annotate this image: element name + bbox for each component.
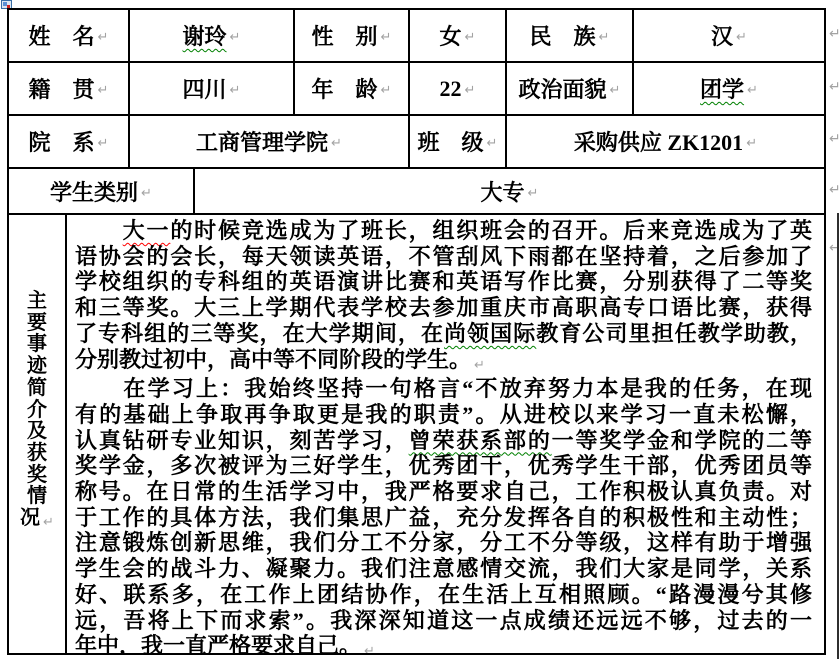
political-status-value-cell[interactable]: 团学↵ bbox=[634, 63, 824, 114]
origin-value: 四川 bbox=[183, 73, 227, 104]
squiggle-flagged-text: 尚领国际 bbox=[444, 321, 536, 346]
paragraph-mark: ↵ bbox=[474, 358, 485, 373]
end-of-cell-mark: ↵ bbox=[736, 30, 747, 45]
body-text-line: 于工作的具体方法，我们集思广益，充分发挥各自的积极性和主动性； bbox=[75, 505, 812, 531]
body-text-line: 称号。在日常的生活学习中，我严格要求自己，工作积极认真负责。对 bbox=[75, 479, 812, 505]
body-text-line: 年中，我一直严格要求自己。↵ bbox=[75, 633, 812, 653]
body-text-line: 分别教过初中，高中等不同阶段的学生。↵ bbox=[75, 347, 812, 377]
political-status-label: 政治面貌 bbox=[519, 73, 607, 104]
gender-value-cell[interactable]: 女↵ bbox=[410, 10, 507, 61]
origin-label-cell: 籍 贯↵ bbox=[9, 63, 130, 114]
squiggle-flagged-text: 曾荣获系部的 bbox=[409, 428, 552, 453]
body-text-segment: 年中，我一直严格要求自己。 bbox=[75, 633, 361, 653]
body-text-line: 和三等奖。大三上学期代表学校去参加重庆市高职高专口语比赛，获得 bbox=[75, 295, 812, 321]
achievements-header-char: 介 bbox=[27, 400, 47, 422]
achievements-header-char: 迹 bbox=[27, 356, 47, 378]
body-text-line: 语协会的会长，每天领读英语，不管刮风下雨都在坚持着，之后参加了 bbox=[75, 244, 812, 270]
end-of-cell-mark: ↵ bbox=[610, 83, 621, 98]
student-category-value-cell[interactable]: 大专↵ bbox=[195, 169, 824, 213]
text-boundary-line bbox=[837, 213, 839, 659]
achievements-header-vertical: 主要事迹简介及获奖情况↵ bbox=[9, 215, 67, 653]
ethnicity-label: 民 族 bbox=[530, 20, 596, 51]
body-text-line: 远，吾将上下而求索”。我深深知道这一点成绩还远远不够，过去的一 bbox=[75, 608, 812, 634]
class-label-cell: 班 级↵ bbox=[410, 116, 507, 167]
achievements-header-char: 及 bbox=[27, 421, 47, 443]
body-text-line: 注意锻炼创新思维，我们分工不分家，分工不分等级，这样有助于增强 bbox=[75, 530, 812, 556]
achievements-header-char: 情 bbox=[27, 486, 47, 508]
name-value-cell[interactable]: 谢玲↵ bbox=[130, 10, 295, 61]
political-status-value: 团学 bbox=[700, 73, 744, 104]
end-of-cell-mark: ↵ bbox=[98, 30, 109, 45]
body-text-line: 好、联系多，在工作上团结协作，在生活上互相照顾。“路漫漫兮其修 bbox=[75, 582, 812, 608]
end-of-cell-mark: ↵ bbox=[230, 30, 241, 45]
end-of-row-mark: ↵ bbox=[829, 182, 840, 198]
class-label: 班 级 bbox=[418, 126, 484, 157]
body-text-line: 学校组织的专科组的英语演讲比赛和英语写作比赛，分别获得了二等奖 bbox=[75, 269, 812, 295]
body-text-segment bbox=[75, 218, 123, 243]
body-text-segment: 语协会的会长，每天领读英语，不管刮风下雨都在坚持着，之后参加了 bbox=[75, 244, 812, 269]
end-of-cell-mark: ↵ bbox=[465, 83, 476, 98]
table-row: 姓 名↵ 谢玲↵ 性 别↵ 女↵ 民 族↵ 汉↵ bbox=[9, 10, 824, 63]
body-text-segment: 分别教过初中，高中等不同阶段的学生。 bbox=[75, 347, 471, 372]
table-row: 院 系↵ 工商管理学院↵ 班 级↵ 采购供应 ZK1201↵ bbox=[9, 116, 824, 169]
end-of-cell-mark: ↵ bbox=[465, 30, 476, 45]
end-of-row-mark: ↵ bbox=[829, 131, 840, 147]
gender-label-cell: 性 别↵ bbox=[295, 10, 410, 61]
body-text-segment: 称号。在日常的生活学习中，我严格要求自己，工作积极认真负责。对 bbox=[75, 479, 812, 504]
political-status-label-cell: 政治面貌↵ bbox=[507, 63, 634, 114]
end-of-cell-mark: ↵ bbox=[381, 83, 392, 98]
end-of-cell-mark: ↵ bbox=[43, 515, 54, 530]
end-of-row-mark: ↵ bbox=[829, 26, 840, 42]
achievements-body-text[interactable]: 大一的时候竞选成为了班长，组织班会的召开。后来竞选成为了英语协会的会长，每天领读… bbox=[67, 215, 824, 653]
body-text-line: 认真钻研专业知识，刻苦学习，曾荣获系部的一等奖学金和学院的二等 bbox=[75, 428, 812, 454]
end-of-cell-mark: ↵ bbox=[381, 30, 392, 45]
body-text-line: 奖学金，多次被评为三好学生，优秀团干，优秀学生干部，优秀团员等 bbox=[75, 453, 812, 479]
body-text-segment: 于工作的具体方法，我们集思广益，充分发挥各自的积极性和主动性； bbox=[75, 505, 812, 530]
achievements-header-char: 况↵ bbox=[20, 508, 54, 532]
end-of-cell-mark: ↵ bbox=[98, 83, 109, 98]
achievements-header-char: 获 bbox=[27, 443, 47, 465]
achievements-header-char: 要 bbox=[27, 313, 47, 335]
body-text-line: 学生会的战斗力、凝聚力。我们注意感情交流，我们大家是同学，关系 bbox=[75, 556, 812, 582]
body-text-line: 在学习上：我始终坚持一句格言“不放弃努力本是我的任务，在现 bbox=[75, 376, 812, 402]
origin-value-cell[interactable]: 四川↵ bbox=[130, 63, 295, 114]
end-of-cell-mark: ↵ bbox=[331, 136, 342, 151]
squiggle-flagged-text: 大一 bbox=[123, 218, 171, 243]
body-text-segment: 教育公司里担任教学助教， bbox=[536, 321, 812, 346]
body-text-segment: 注意锻炼创新思维，我们分工不分家，分工不分等级，这样有助于增强 bbox=[75, 530, 812, 555]
gender-label: 性 别 bbox=[312, 20, 378, 51]
body-text-segment: 认真钻研专业知识，刻苦学习， bbox=[75, 428, 409, 453]
student-info-table: 姓 名↵ 谢玲↵ 性 别↵ 女↵ 民 族↵ 汉↵ 籍 贯↵ 四川↵ 年 龄↵ 2… bbox=[7, 8, 826, 655]
paragraph-mark: ↵ bbox=[364, 644, 375, 653]
origin-label: 籍 贯 bbox=[29, 73, 95, 104]
end-of-row-mark: ↵ bbox=[829, 79, 840, 95]
body-text-segment: 的时候竞选成为了班长，组织班会的召开。后来竞选成为了英 bbox=[170, 218, 812, 243]
age-label-cell: 年 龄↵ bbox=[295, 63, 410, 114]
table-row: 籍 贯↵ 四川↵ 年 龄↵ 22↵ 政治面貌↵ 团学↵ bbox=[9, 63, 824, 116]
gender-value: 女 bbox=[440, 20, 462, 51]
end-of-cell-mark: ↵ bbox=[98, 136, 109, 151]
age-value: 22 bbox=[440, 76, 462, 102]
ethnicity-value-cell[interactable]: 汉↵ bbox=[634, 10, 824, 61]
name-value: 谢玲 bbox=[183, 20, 227, 51]
age-value-cell[interactable]: 22↵ bbox=[410, 63, 507, 114]
body-text-segment: 远，吾将上下而求索”。我深深知道这一点成绩还远远不够，过去的一 bbox=[75, 608, 812, 633]
name-label: 姓 名 bbox=[29, 20, 95, 51]
body-text-segment: 和三等奖。大三上学期代表学校去参加重庆市高职高专口语比赛，获得 bbox=[75, 295, 812, 320]
end-of-cell-mark: ↵ bbox=[599, 30, 610, 45]
achievements-header-char: 简 bbox=[27, 378, 47, 400]
end-of-cell-mark: ↵ bbox=[141, 186, 152, 201]
table-row: 主要事迹简介及获奖情况↵ 大一的时候竞选成为了班长，组织班会的召开。后来竞选成为… bbox=[9, 215, 824, 653]
end-of-cell-mark: ↵ bbox=[528, 186, 539, 201]
end-of-cell-mark: ↵ bbox=[230, 83, 241, 98]
end-of-cell-mark: ↵ bbox=[487, 136, 498, 151]
student-category-label-cell: 学生类别↵ bbox=[9, 169, 195, 213]
ethnicity-label-cell: 民 族↵ bbox=[507, 10, 634, 61]
department-label-cell: 院 系↵ bbox=[9, 116, 130, 167]
class-value: 采购供应 ZK1201 bbox=[574, 126, 743, 157]
achievements-header-char: 奖 bbox=[27, 465, 47, 487]
achievements-header-char: 事 bbox=[27, 334, 47, 356]
body-text-segment: 学校组织的专科组的英语演讲比赛和英语写作比赛，分别获得了二等奖 bbox=[75, 269, 812, 294]
body-text-line: 有的基础上争取再争取更是我的职责”。从进校以来学习一直未松懈， bbox=[75, 402, 812, 428]
body-text-segment: 一等奖学金和学院的二等 bbox=[552, 428, 812, 453]
body-text-segment: 有的基础上争取再争取更是我的职责”。从进校以来学习一直未松懈， bbox=[75, 402, 812, 427]
body-text-segment: 奖学金，多次被评为三好学生，优秀团干，优秀学生干部，优秀团员等 bbox=[75, 453, 812, 478]
department-value: 工商管理学院 bbox=[196, 126, 328, 157]
body-text-line: 了专科组的三等奖，在大学期间，在尚领国际教育公司里担任教学助教， bbox=[75, 321, 812, 347]
age-label: 年 龄 bbox=[312, 73, 378, 104]
student-category-label: 学生类别 bbox=[50, 176, 138, 207]
body-text-line: 大一的时候竞选成为了班长，组织班会的召开。后来竞选成为了英 bbox=[75, 218, 812, 244]
student-category-value: 大专 bbox=[481, 176, 525, 207]
class-value-cell[interactable]: 采购供应 ZK1201↵ bbox=[507, 116, 824, 167]
department-value-cell[interactable]: 工商管理学院↵ bbox=[130, 116, 410, 167]
ethnicity-value: 汉 bbox=[711, 20, 733, 51]
department-label: 院 系 bbox=[29, 126, 95, 157]
end-of-cell-mark: ↵ bbox=[746, 136, 757, 151]
body-text-segment: 在学习上：我始终坚持一句格言“不放弃努力本是我的任务，在现 bbox=[75, 376, 812, 401]
body-text-segment: 学生会的战斗力、凝聚力。我们注意感情交流，我们大家是同学，关系 bbox=[75, 556, 812, 581]
end-of-cell-mark: ↵ bbox=[747, 83, 758, 98]
achievements-header-char: 主 bbox=[27, 291, 47, 313]
table-row: 学生类别↵ 大专↵ bbox=[9, 169, 824, 215]
body-text-segment: 好、联系多，在工作上团结协作，在生活上互相照顾。“路漫漫兮其修 bbox=[75, 582, 812, 607]
body-text-segment: 了专科组的三等奖，在大学期间，在 bbox=[75, 321, 444, 346]
name-label-cell: 姓 名↵ bbox=[9, 10, 130, 61]
